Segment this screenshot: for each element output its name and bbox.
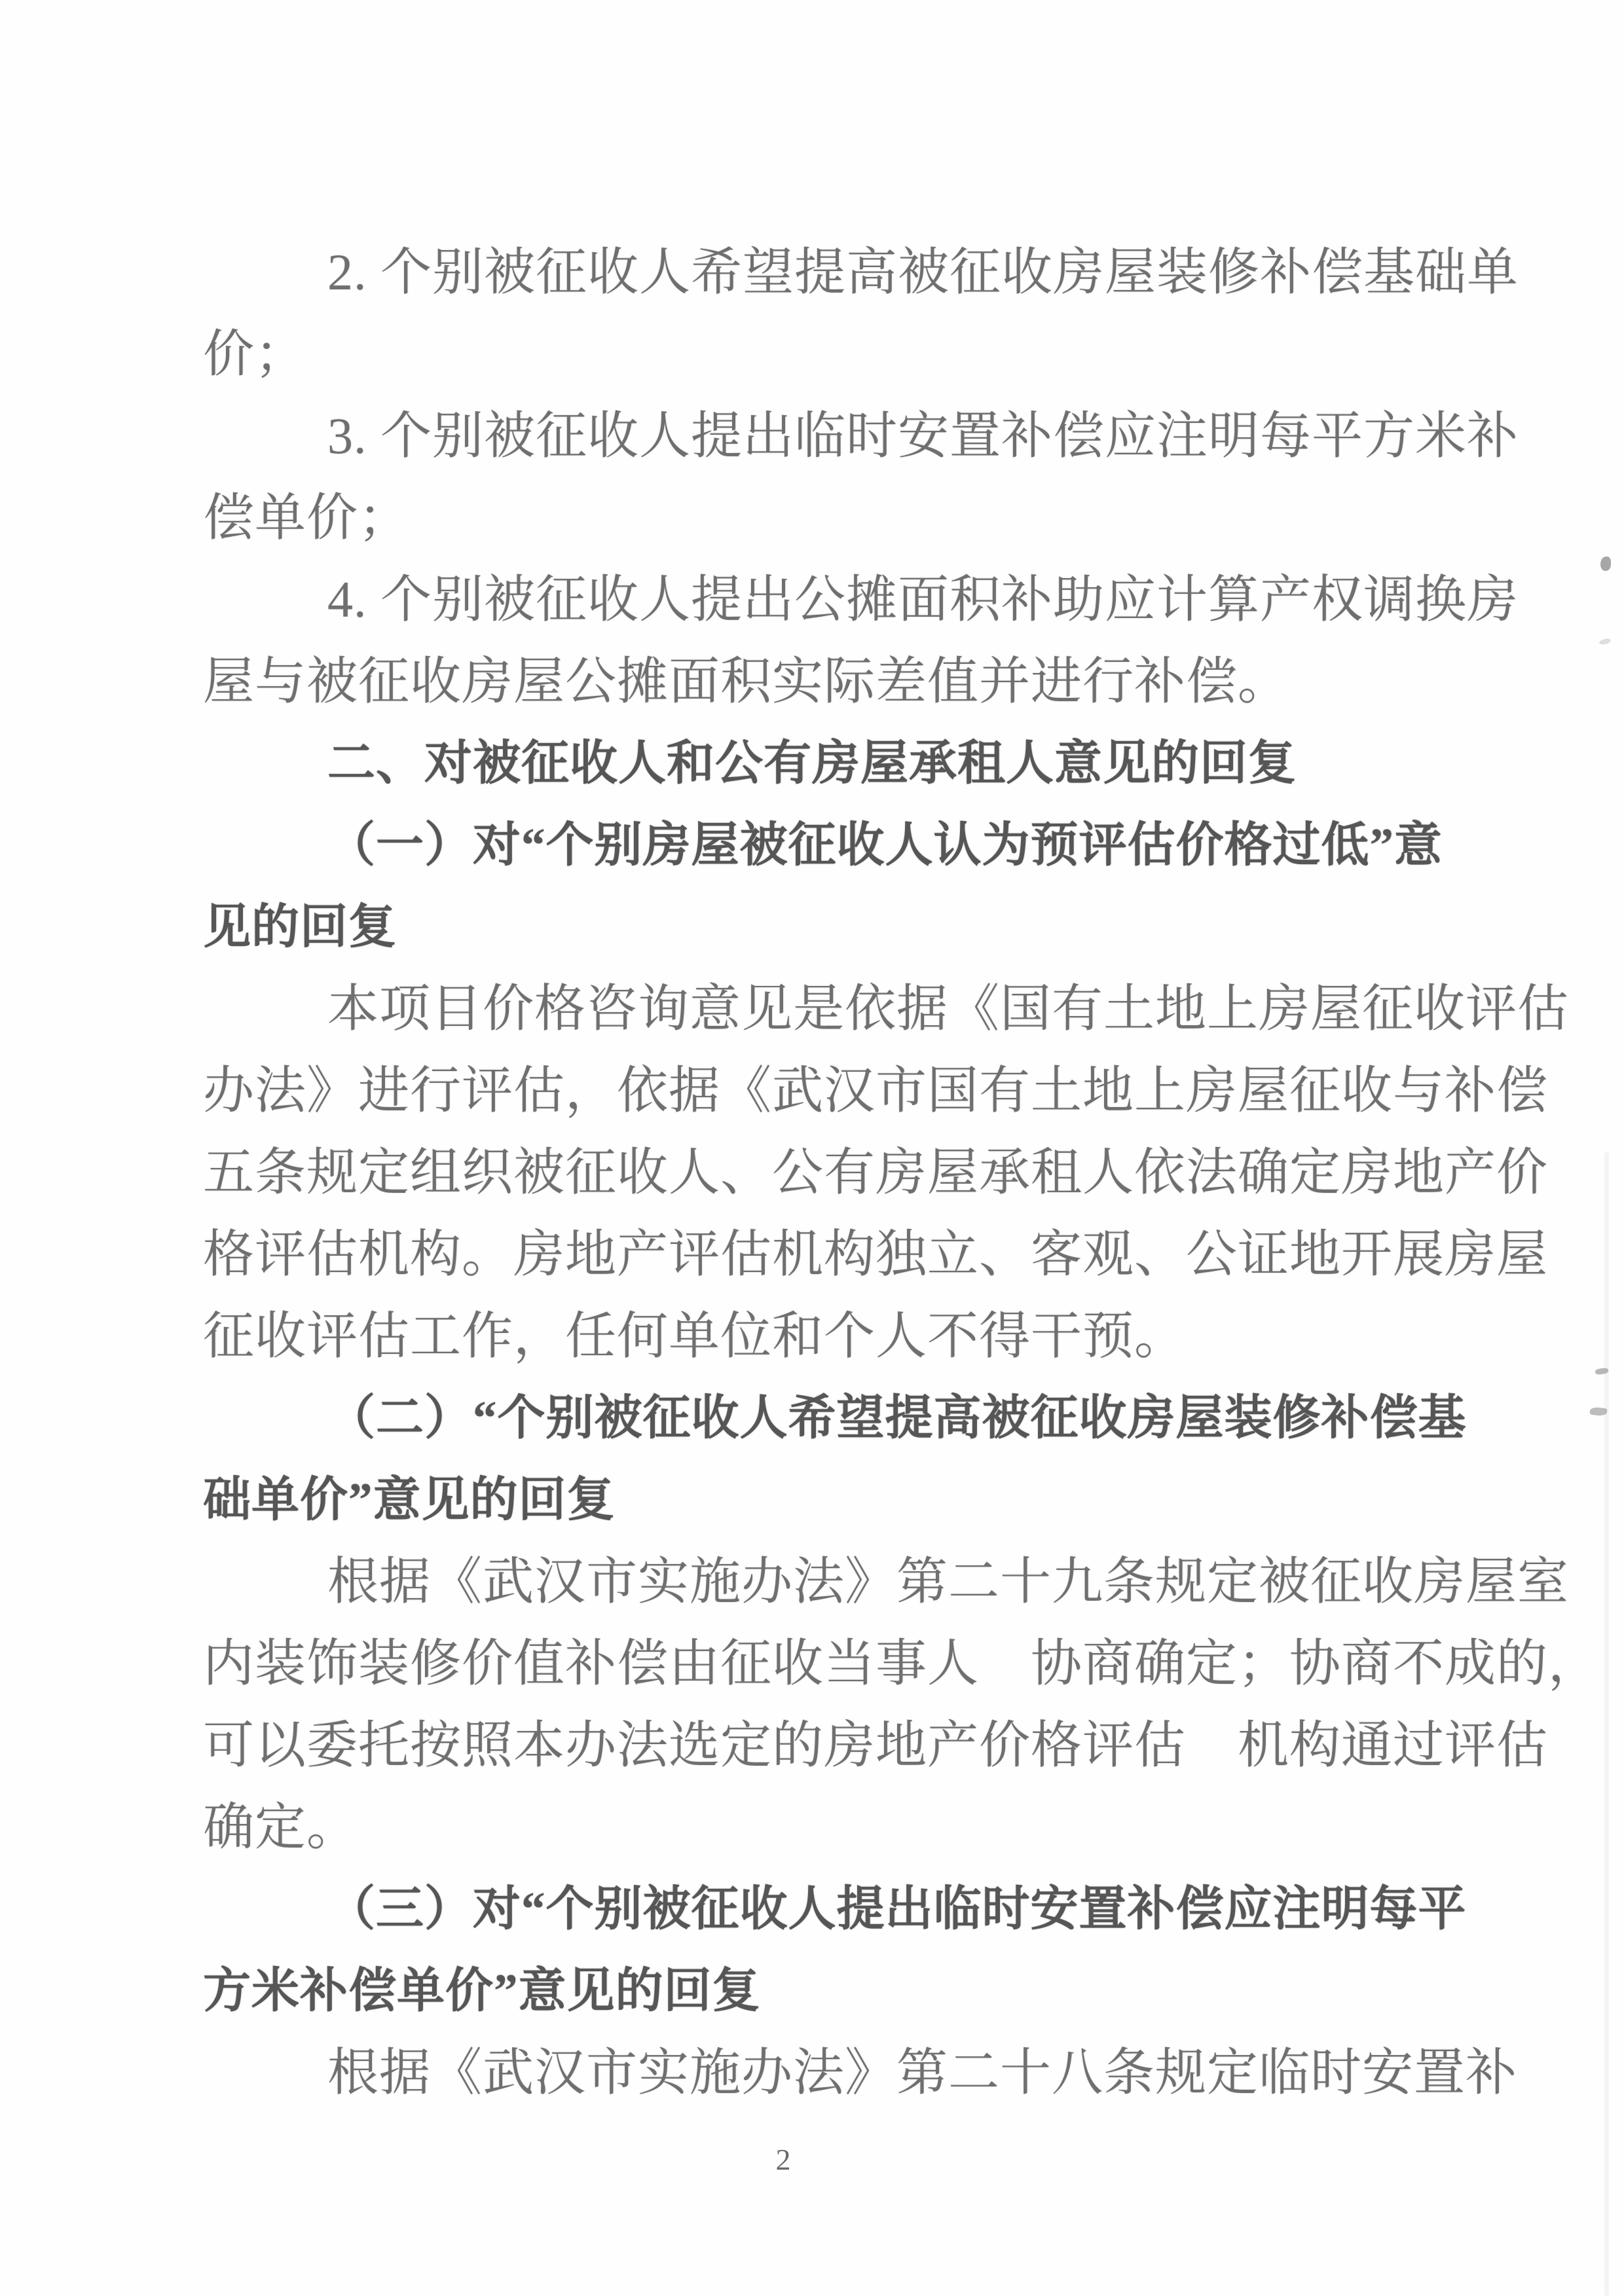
page-number: 2 [0,2142,1595,2177]
text-line: 见的回复 [203,881,1454,963]
text-line: 屋与被征收房屋公摊面积实际差值并进行补偿。 [203,636,1454,718]
text-line: 4. 个别被征收人提出公摊面积补助应计算产权调换房 [203,554,1454,636]
text-line: 可以委托按照本办法选定的房地产价格评估 机构通过评估 [203,1700,1454,1781]
text-line: 本项目价格咨询意见是依据《国有土地上房屋征收评估 [203,963,1454,1045]
text-line: 础单价”意见的回复 [203,1454,1454,1536]
text-line: 二、对被征收人和公有房屋承租人意见的回复 [203,718,1454,799]
scan-speck-artifact [1598,638,1611,646]
text-line: 2. 个别被征收人希望提高被征收房屋装修补偿基础单 [203,227,1454,308]
text-line: 征收评估工作，任何单位和个人不得干预。 [203,1290,1454,1372]
text-line: （一）对“个别房屋被征收人认为预评估价格过低”意 [203,799,1454,881]
document-page: 2. 个别被征收人希望提高被征收房屋装修补偿基础单价；3. 个别被征收人提出临时… [0,0,1624,2296]
text-line: 方米补偿单价”意见的回复 [203,1945,1454,2027]
text-line: 五条规定组织被征收人、公有房屋承租人依法确定房地产价 [203,1127,1454,1209]
text-line: （三）对“个别被征收人提出临时安置补偿应注明每平 [203,1863,1454,1945]
text-line: 价； [203,308,1454,390]
text-line: 根据《武汉市实施办法》第二十八条规定临时安置补 [203,2027,1454,2109]
text-line: 格评估机构。房地产评估机构独立、客观、公证地开展房屋 [203,1209,1454,1290]
scan-speck-artifact [1600,556,1611,571]
scan-streak-artifact [1604,1152,1609,2296]
text-line: 办法》进行评估，依据《武汉市国有土地上房屋征收与补偿 [203,1045,1454,1127]
text-line: 确定。 [203,1781,1454,1863]
text-line: 根据《武汉市实施办法》第二十九条规定被征收房屋室 [203,1536,1454,1618]
text-line: （二）“个别被征收人希望提高被征收房屋装修补偿基 [203,1372,1454,1454]
text-block: 2. 个别被征收人希望提高被征收房屋装修补偿基础单价；3. 个别被征收人提出临时… [203,227,1454,2109]
text-line: 3. 个别被征收人提出临时安置补偿应注明每平方米补 [203,390,1454,472]
text-line: 偿单价； [203,472,1454,554]
text-line: 内装饰装修价值补偿由征收当事人 协商确定；协商不成的， [203,1618,1454,1700]
